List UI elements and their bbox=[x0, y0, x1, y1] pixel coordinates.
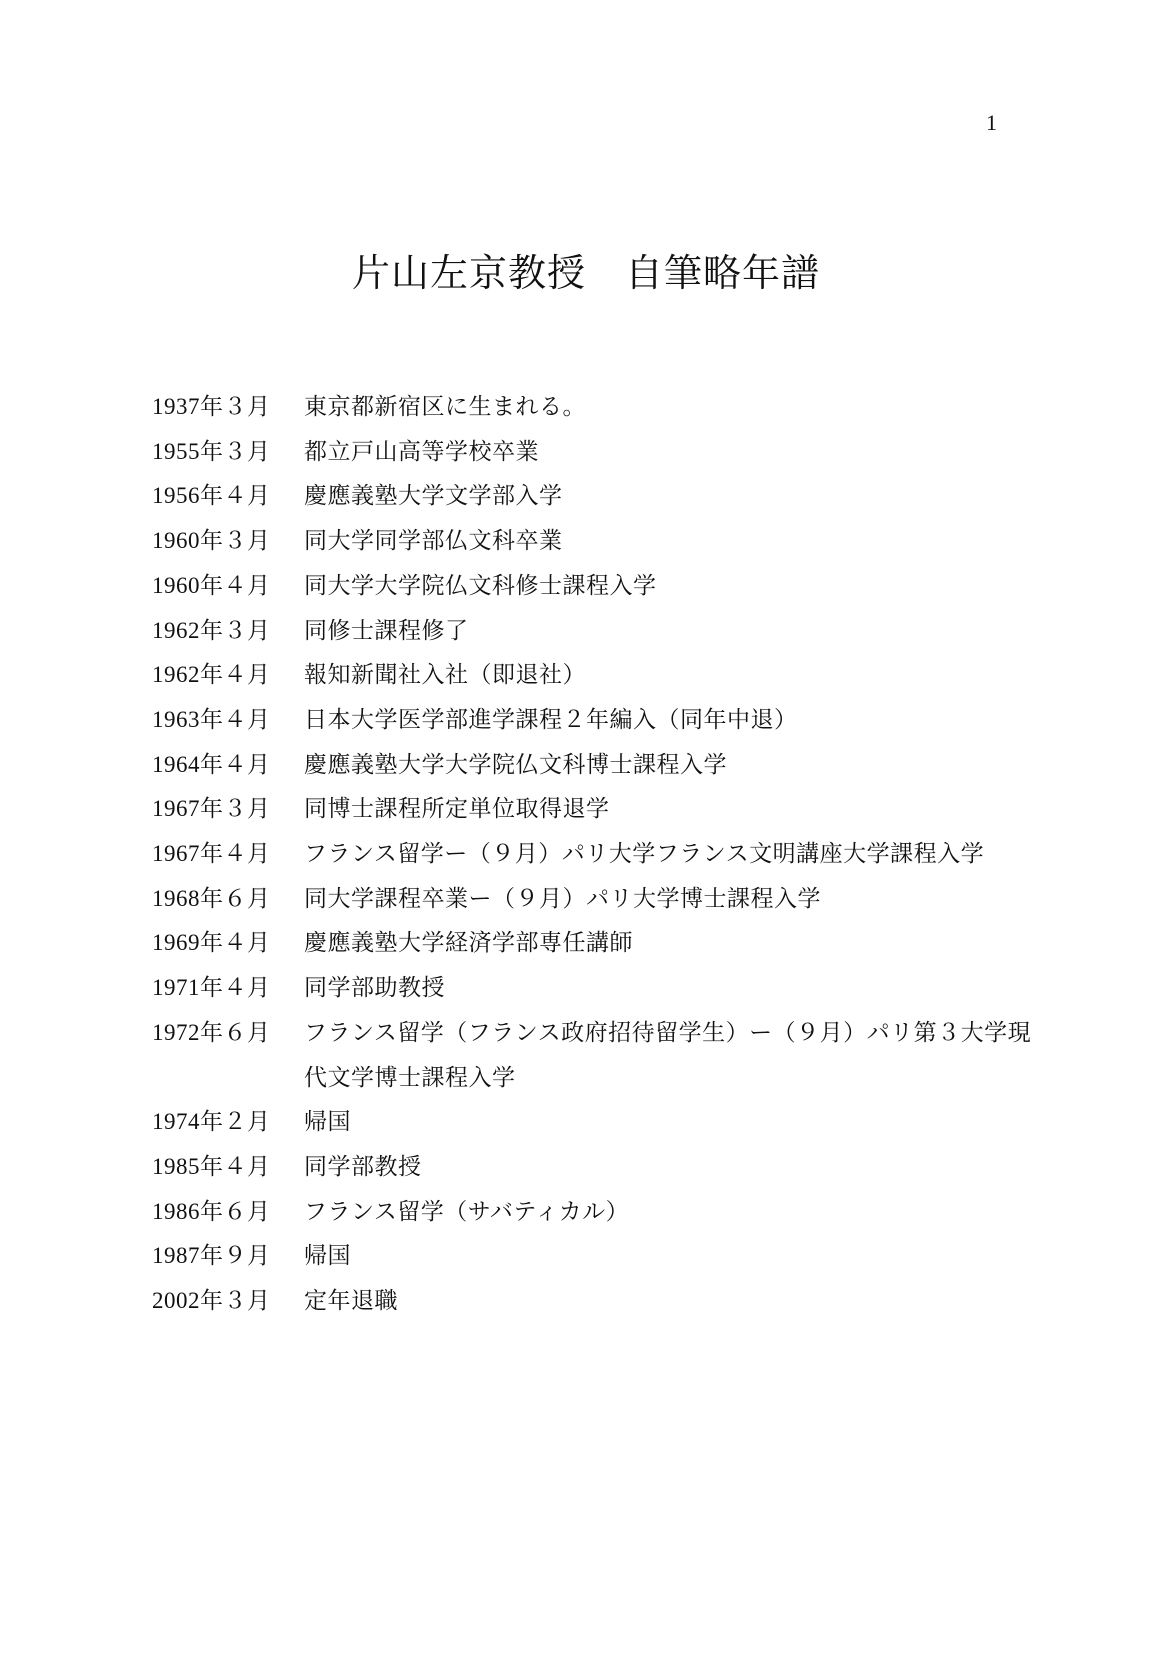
page-number: 1 bbox=[986, 110, 997, 136]
chronology-entry: 1960年３月 同大学同学部仏文科卒業 bbox=[152, 519, 1032, 564]
entry-date: 1937年３月 bbox=[152, 385, 304, 430]
entry-date: 1962年３月 bbox=[152, 609, 304, 654]
chronology-entry: 1962年３月 同修士課程修了 bbox=[152, 609, 1032, 654]
entry-text: 同大学課程卒業ー（９月）パリ大学博士課程入学 bbox=[304, 877, 1032, 922]
entry-date: 1972年６月 bbox=[152, 1011, 304, 1056]
entry-text: 帰国 bbox=[304, 1100, 1032, 1145]
entry-date: 1968年６月 bbox=[152, 877, 304, 922]
chronology-entry: 1962年４月 報知新聞社入社（即退社） bbox=[152, 653, 1032, 698]
chronology-entry: 1969年４月 慶應義塾大学経済学部専任講師 bbox=[152, 921, 1032, 966]
chronology-entry: 2002年３月 定年退職 bbox=[152, 1279, 1032, 1324]
entry-date: 1962年４月 bbox=[152, 653, 304, 698]
entry-text: フランス留学ー（９月）パリ大学フランス文明講座大学課程入学 bbox=[304, 832, 1032, 877]
entry-text: 日本大学医学部進学課程２年編入（同年中退） bbox=[304, 698, 1032, 743]
entry-date: 1986年６月 bbox=[152, 1190, 304, 1235]
entry-date: 1969年４月 bbox=[152, 921, 304, 966]
entry-text: フランス留学（サバティカル） bbox=[304, 1190, 1032, 1235]
page-title: 片山左京教授 自筆略年譜 bbox=[0, 242, 1166, 297]
entry-text: 同学部助教授 bbox=[304, 966, 1032, 1011]
chronology-list: 1937年３月 東京都新宿区に生まれる。 1955年３月 都立戸山高等学校卒業 … bbox=[152, 385, 1032, 1324]
entry-text: 同博士課程所定単位取得退学 bbox=[304, 787, 1032, 832]
chronology-entry: 1968年６月 同大学課程卒業ー（９月）パリ大学博士課程入学 bbox=[152, 877, 1032, 922]
entry-text: 東京都新宿区に生まれる。 bbox=[304, 385, 1032, 430]
entry-text: フランス留学（フランス政府招待留学生）ー（９月）パリ第３大学現代文学博士課程入学 bbox=[304, 1011, 1032, 1100]
chronology-entry: 1967年３月 同博士課程所定単位取得退学 bbox=[152, 787, 1032, 832]
entry-text: 慶應義塾大学大学院仏文科博士課程入学 bbox=[304, 743, 1032, 788]
entry-date: 1971年４月 bbox=[152, 966, 304, 1011]
chronology-entry: 1985年４月 同学部教授 bbox=[152, 1145, 1032, 1190]
entry-date: 1960年４月 bbox=[152, 564, 304, 609]
chronology-entry: 1964年４月 慶應義塾大学大学院仏文科博士課程入学 bbox=[152, 743, 1032, 788]
chronology-entry: 1967年４月 フランス留学ー（９月）パリ大学フランス文明講座大学課程入学 bbox=[152, 832, 1032, 877]
entry-text: 慶應義塾大学経済学部専任講師 bbox=[304, 921, 1032, 966]
entry-date: 2002年３月 bbox=[152, 1279, 304, 1324]
entry-date: 1967年３月 bbox=[152, 787, 304, 832]
entry-text: 同大学大学院仏文科修士課程入学 bbox=[304, 564, 1032, 609]
entry-date: 1985年４月 bbox=[152, 1145, 304, 1190]
chronology-entry: 1963年４月 日本大学医学部進学課程２年編入（同年中退） bbox=[152, 698, 1032, 743]
entry-text: 報知新聞社入社（即退社） bbox=[304, 653, 1032, 698]
entry-date: 1967年４月 bbox=[152, 832, 304, 877]
entry-text: 同修士課程修了 bbox=[304, 609, 1032, 654]
entry-text: 同学部教授 bbox=[304, 1145, 1032, 1190]
entry-text: 慶應義塾大学文学部入学 bbox=[304, 474, 1032, 519]
entry-date: 1963年４月 bbox=[152, 698, 304, 743]
entry-date: 1974年２月 bbox=[152, 1100, 304, 1145]
chronology-entry: 1955年３月 都立戸山高等学校卒業 bbox=[152, 430, 1032, 475]
entry-date: 1955年３月 bbox=[152, 430, 304, 475]
chronology-entry: 1971年４月 同学部助教授 bbox=[152, 966, 1032, 1011]
entry-text: 定年退職 bbox=[304, 1279, 1032, 1324]
entry-text: 都立戸山高等学校卒業 bbox=[304, 430, 1032, 475]
entry-text: 同大学同学部仏文科卒業 bbox=[304, 519, 1032, 564]
chronology-entry: 1972年６月 フランス留学（フランス政府招待留学生）ー（９月）パリ第３大学現代… bbox=[152, 1011, 1032, 1100]
chronology-entry: 1974年２月 帰国 bbox=[152, 1100, 1032, 1145]
chronology-entry: 1937年３月 東京都新宿区に生まれる。 bbox=[152, 385, 1032, 430]
chronology-entry: 1956年４月 慶應義塾大学文学部入学 bbox=[152, 474, 1032, 519]
entry-date: 1987年９月 bbox=[152, 1234, 304, 1279]
entry-date: 1960年３月 bbox=[152, 519, 304, 564]
chronology-entry: 1960年４月 同大学大学院仏文科修士課程入学 bbox=[152, 564, 1032, 609]
entry-text: 帰国 bbox=[304, 1234, 1032, 1279]
entry-date: 1964年４月 bbox=[152, 743, 304, 788]
entry-date: 1956年４月 bbox=[152, 474, 304, 519]
chronology-entry: 1986年６月 フランス留学（サバティカル） bbox=[152, 1190, 1032, 1235]
chronology-entry: 1987年９月 帰国 bbox=[152, 1234, 1032, 1279]
